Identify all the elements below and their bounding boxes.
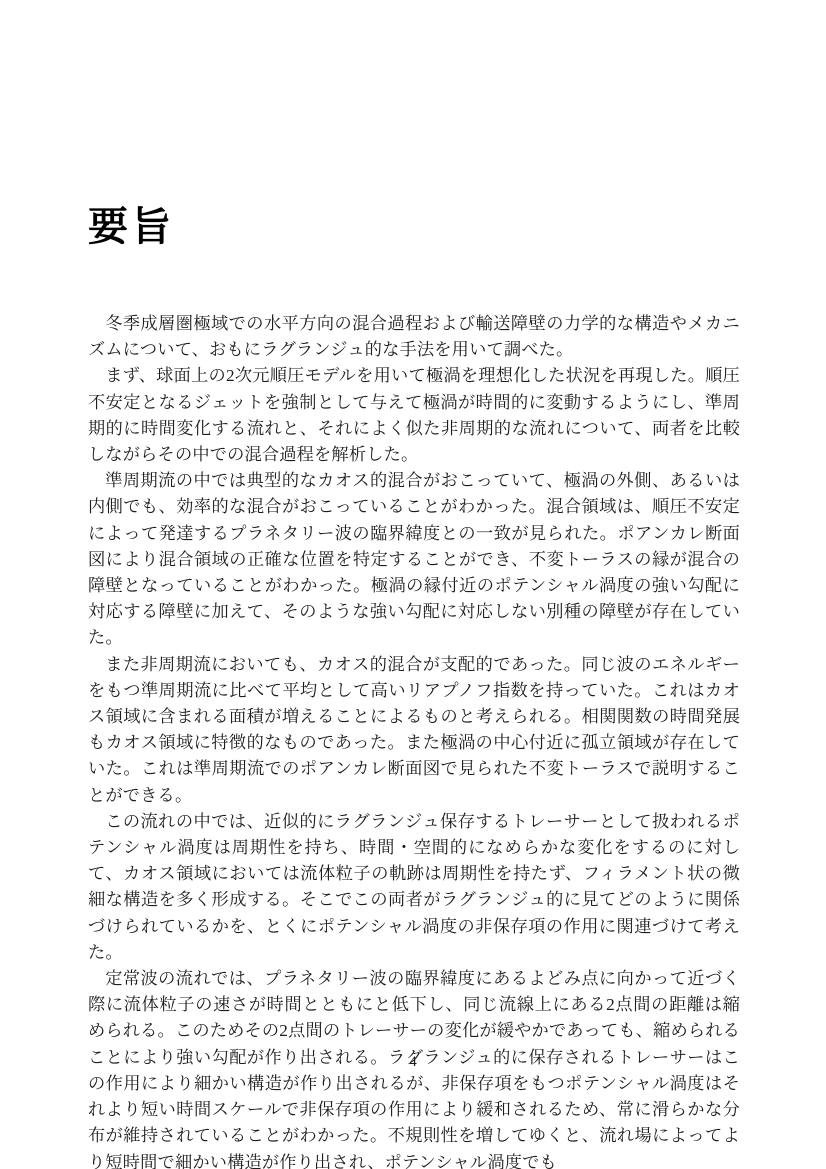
page-number: 4 <box>0 1054 826 1071</box>
document-page: 要旨 冬季成層圏極域での水平方向の混合過程および輸送障壁の力学的な構造やメカニズ… <box>0 0 826 1169</box>
abstract-paragraph-5: この流れの中では、近似的にラグランジュ保存するトレーサーとして扱われるポテンシャ… <box>88 809 740 966</box>
abstract-paragraph-4: また非周期流においても、カオス的混合が支配的であった。同じ波のエネルギーをもつ準… <box>88 652 740 809</box>
abstract-paragraph-2: まず、球面上の2次元順圧モデルを用いて極渦を理想化した状況を再現した。順圧不安定… <box>88 363 740 468</box>
abstract-body: 冬季成層圏極域での水平方向の混合過程および輸送障壁の力学的な構造やメカニズムにつ… <box>88 311 740 1169</box>
abstract-paragraph-3: 準周期流の中では典型的なカオス的混合がおこっていて、極渦の外側、あるいは内側でも… <box>88 468 740 651</box>
page-title: 要旨 <box>88 203 740 251</box>
abstract-paragraph-1: 冬季成層圏極域での水平方向の混合過程および輸送障壁の力学的な構造やメカニズムにつ… <box>88 311 740 363</box>
